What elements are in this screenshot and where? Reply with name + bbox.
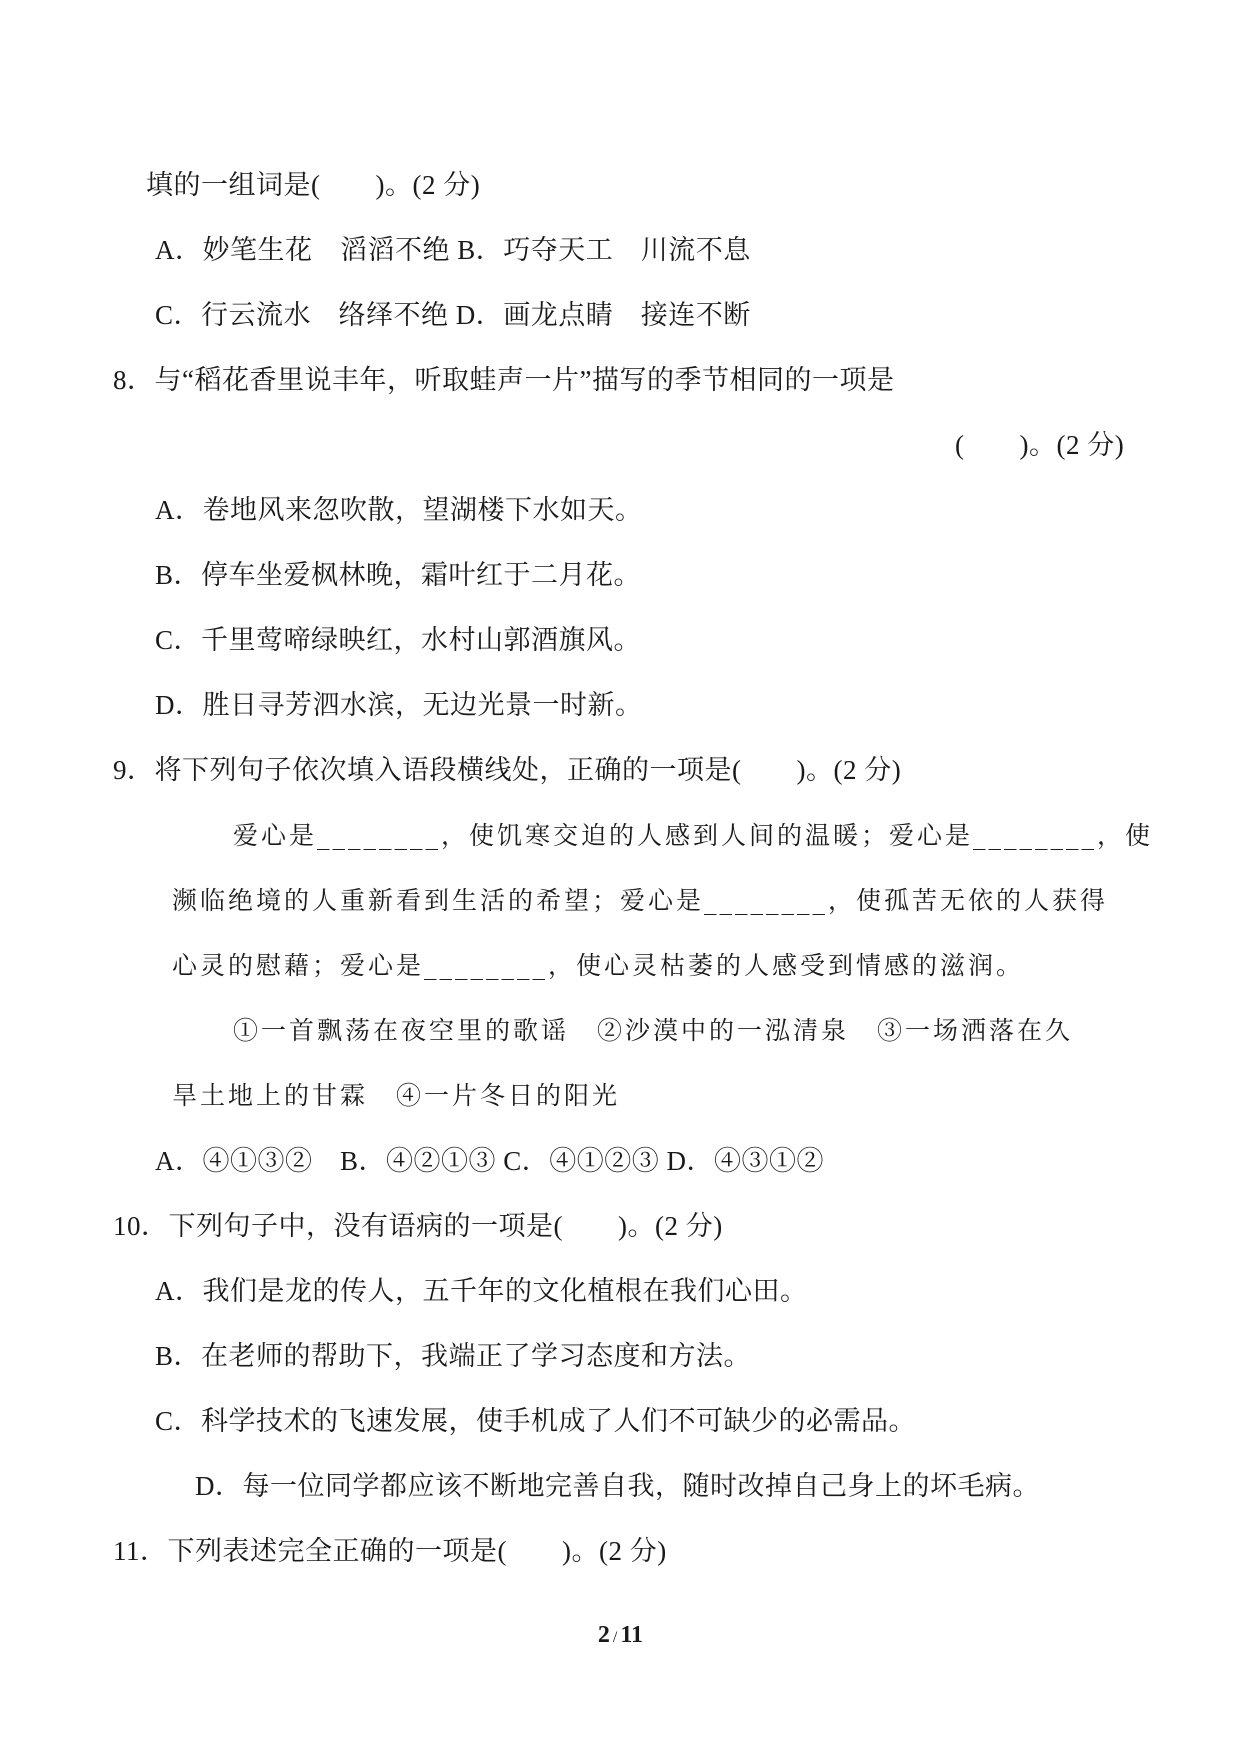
question-10-stem: 10．下列句子中，没有语病的一项是( )。(2 分) — [113, 1208, 723, 1244]
question-9-passage-line-1: 爱心是________，使饥寒交迫的人感到人间的温暖；爱心是________，使 — [233, 818, 1153, 854]
page-number-separator: / — [613, 1629, 617, 1646]
page-number-current: 2 — [598, 1622, 610, 1648]
question-8-option-d: D．胜日寻芳泗水滨，无边光景一时新。 — [155, 687, 643, 723]
question-8-option-c: C．千里莺啼绿映红，水村山郭酒旗风。 — [155, 622, 641, 658]
question-8-answer-blank: ( )。(2 分) — [955, 427, 1124, 463]
page-number-total: 11 — [620, 1622, 643, 1648]
question-7-stem-continuation: 填的一组词是( )。(2 分) — [146, 167, 480, 203]
question-10-option-a: A．我们是龙的传人，五千年的文化植根在我们心田。 — [155, 1273, 808, 1309]
question-10-option-b: B．在老师的帮助下，我端正了学习态度和方法。 — [155, 1338, 751, 1374]
question-9-choices-line-1: ①一首飘荡在夜空里的歌谣 ②沙漠中的一泓清泉 ③一场洒落在久 — [233, 1013, 1073, 1049]
question-9-passage-line-3: 心灵的慰藉；爱心是________，使心灵枯萎的人感受到情感的滋润。 — [172, 948, 1024, 984]
question-8-option-a: A．卷地风来忽吹散，望湖楼下水如天。 — [155, 492, 643, 528]
question-10-option-d: D．每一位同学都应该不断地完善自我，随时改掉自己身上的坏毛病。 — [195, 1468, 1040, 1504]
question-9-stem: 9．将下列句子依次填入语段横线处，正确的一项是( )。(2 分) — [113, 752, 901, 788]
question-8-stem: 8．与“稻花香里说丰年，听取蛙声一片”描写的季节相同的一项是 — [113, 362, 894, 398]
question-9-passage-line-2: 濒临绝境的人重新看到生活的希望；爱心是________，使孤苦无依的人获得 — [172, 883, 1108, 919]
question-9-choices-line-2: 旱土地上的甘霖 ④一片冬日的阳光 — [172, 1078, 620, 1114]
question-7-options-cd: C．行云流水 络绎不绝 D．画龙点睛 接连不断 — [155, 297, 751, 333]
question-9-options: A．④①③② B．④②①③ C．④①②③ D．④③①② — [155, 1143, 824, 1179]
page-number: 2/11 — [0, 1622, 1241, 1649]
question-7-options-ab: A．妙笔生花 滔滔不绝 B．巧夺天工 川流不息 — [155, 232, 751, 268]
question-10-option-c: C．科学技术的飞速发展，使手机成了人们不可缺少的必需品。 — [155, 1403, 916, 1439]
question-8-option-b: B．停车坐爱枫林晚，霜叶红于二月花。 — [155, 557, 641, 593]
question-11-stem: 11．下列表述完全正确的一项是( )。(2 分) — [113, 1533, 667, 1569]
